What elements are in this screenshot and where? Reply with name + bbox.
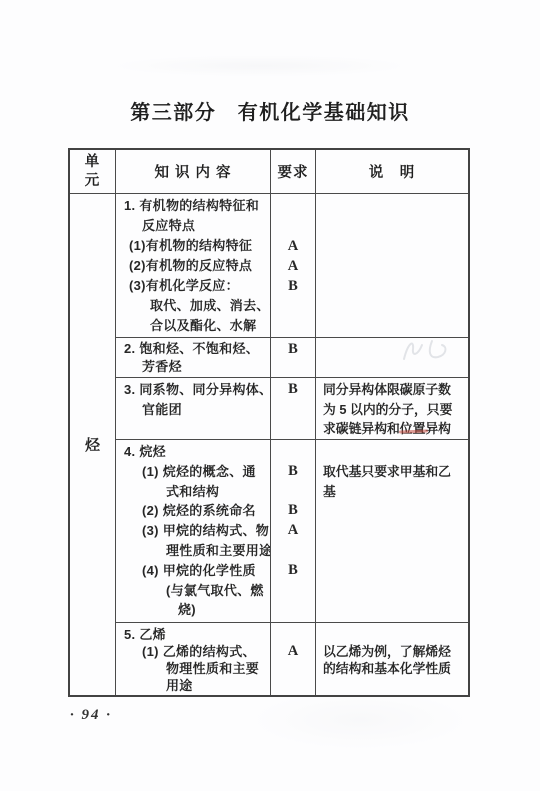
header-cell-content: 知 识 内 容 [116,150,271,194]
page-number: · 94 · [70,707,112,724]
requirement-value [271,600,315,620]
requirement-value [271,581,315,601]
content-line: 理性质和主要用途 [116,541,270,561]
content-line: (1) 烷烃的概念、通 [116,462,270,482]
content-line: 5. 乙烯 [116,626,270,643]
header-unit-label: 单元 [84,153,101,189]
requirement-value: B [271,501,315,521]
requirement-value [271,541,315,561]
requirement-value [271,316,315,336]
note-line: 求碳链异构和位置异构 [323,419,464,439]
content-line: 4. 烷烃 [116,442,270,462]
requirement-value: A [271,236,315,256]
note-cell: 同分异构体限碳原子数为 5 以内的分子，只要求碳链异构和位置异构 [316,378,468,440]
header-content-label: 知 识 内 容 [154,161,231,182]
requirement-cell: B [271,338,316,378]
requirement-value: A [271,643,315,660]
note-cell [316,194,468,338]
unit-label: 烃 [85,434,100,455]
content-cell: 3. 同系物、同分异构体、官能团 [116,378,271,440]
requirement-value [271,216,315,236]
content-line: 用途 [116,677,270,694]
content-line: 式和结构 [116,482,270,502]
scan-smudge [110,55,410,77]
requirement-cell: B [271,378,316,440]
note-line: 以乙烯为例，了解烯烃 [323,643,464,660]
header-cell-unit: 单元 [70,150,116,194]
pencil-ghost-mark [398,333,456,367]
requirement-value [271,196,315,216]
requirement-value: B [271,462,315,482]
header-note-label: 说 明 [369,161,416,182]
content-line: (2)有机物的反应特点 [116,256,270,276]
requirement-cell: A [271,623,316,695]
requirement-value [271,400,315,420]
note-cell: 以乙烯为例，了解烯烃的结构和基本化学性质 [316,623,468,695]
header-requirement-label: 要求 [278,161,309,182]
content-line: (2) 烷烃的系统命名 [116,501,270,521]
requirement-value: B [271,561,315,581]
note-spacer [323,626,464,643]
content-cell: 5. 乙烯(1) 乙烯的结构式、物理性质和主要用途 [116,623,271,695]
note-cell: 取代基只要求甲基和乙基 [316,440,468,623]
content-cell: 1. 有机物的结构特征和反应特点(1)有机物的结构特征(2)有机物的反应特点(3… [116,194,271,338]
requirement-value [271,442,315,462]
scan-smudge [250,690,470,750]
note-line: 的结构和基本化学性质 [323,660,464,677]
requirement-cell: AAB [271,194,316,338]
note-line: 基 [323,482,464,502]
header-cell-requirement: 要求 [271,150,316,194]
requirement-cell: BBAB [271,440,316,623]
requirement-value [271,660,315,677]
content-line: (1) 乙烯的结构式、 [116,643,270,660]
requirement-value: B [271,340,315,358]
note-line: 取代基只要求甲基和乙 [323,462,464,482]
content-line: 芳香烃 [116,358,270,376]
content-line: (1)有机物的结构特征 [116,236,270,256]
content-line: (4) 甲烷的化学性质 [116,561,270,581]
content-line: 烧) [116,600,270,620]
requirement-value [271,358,315,376]
scanned-page: 第三部分 有机化学基础知识 单元 知 识 内 容 要求 说 明 烃 1. 有机物… [0,0,540,791]
content-line: (3)有机化学反应： [116,276,270,296]
content-line: 物理性质和主要 [116,660,270,677]
content-line: (与氯气取代、燃 [116,581,270,601]
content-cell: 4. 烷烃(1) 烷烃的概念、通式和结构(2) 烷烃的系统命名(3) 甲烷的结构… [116,440,271,623]
requirement-value [271,677,315,694]
requirement-value [271,626,315,643]
requirement-value [271,296,315,316]
content-line: 2. 饱和烃、不饱和烃、 [116,340,270,358]
content-line: 1. 有机物的结构特征和 [116,196,270,216]
requirement-value: A [271,256,315,276]
note-line: 同分异构体限碳原子数 [323,380,464,400]
requirement-value: B [271,276,315,296]
note-line: 为 5 以内的分子，只要 [323,400,464,420]
content-cell: 2. 饱和烃、不饱和烃、芳香烃 [116,338,271,378]
page-title: 第三部分 有机化学基础知识 [0,96,540,125]
requirement-value: A [271,521,315,541]
unit-cell: 烃 [70,194,116,695]
requirement-value: B [271,380,315,400]
content-line: (3) 甲烷的结构式、物 [116,521,270,541]
note-spacer [323,442,464,462]
content-line: 官能团 [116,400,270,420]
content-line: 反应特点 [116,216,270,236]
content-line: 取代、加成、消去、聚 [116,296,270,316]
content-line: 合以及酯化、水解 [116,316,270,336]
content-line: 3. 同系物、同分异构体、 [116,380,270,400]
syllabus-table: 单元 知 识 内 容 要求 说 明 烃 1. 有机物的结构特征和反应特点(1)有… [68,148,470,697]
requirement-value [271,482,315,502]
header-cell-note: 说 明 [316,150,468,194]
